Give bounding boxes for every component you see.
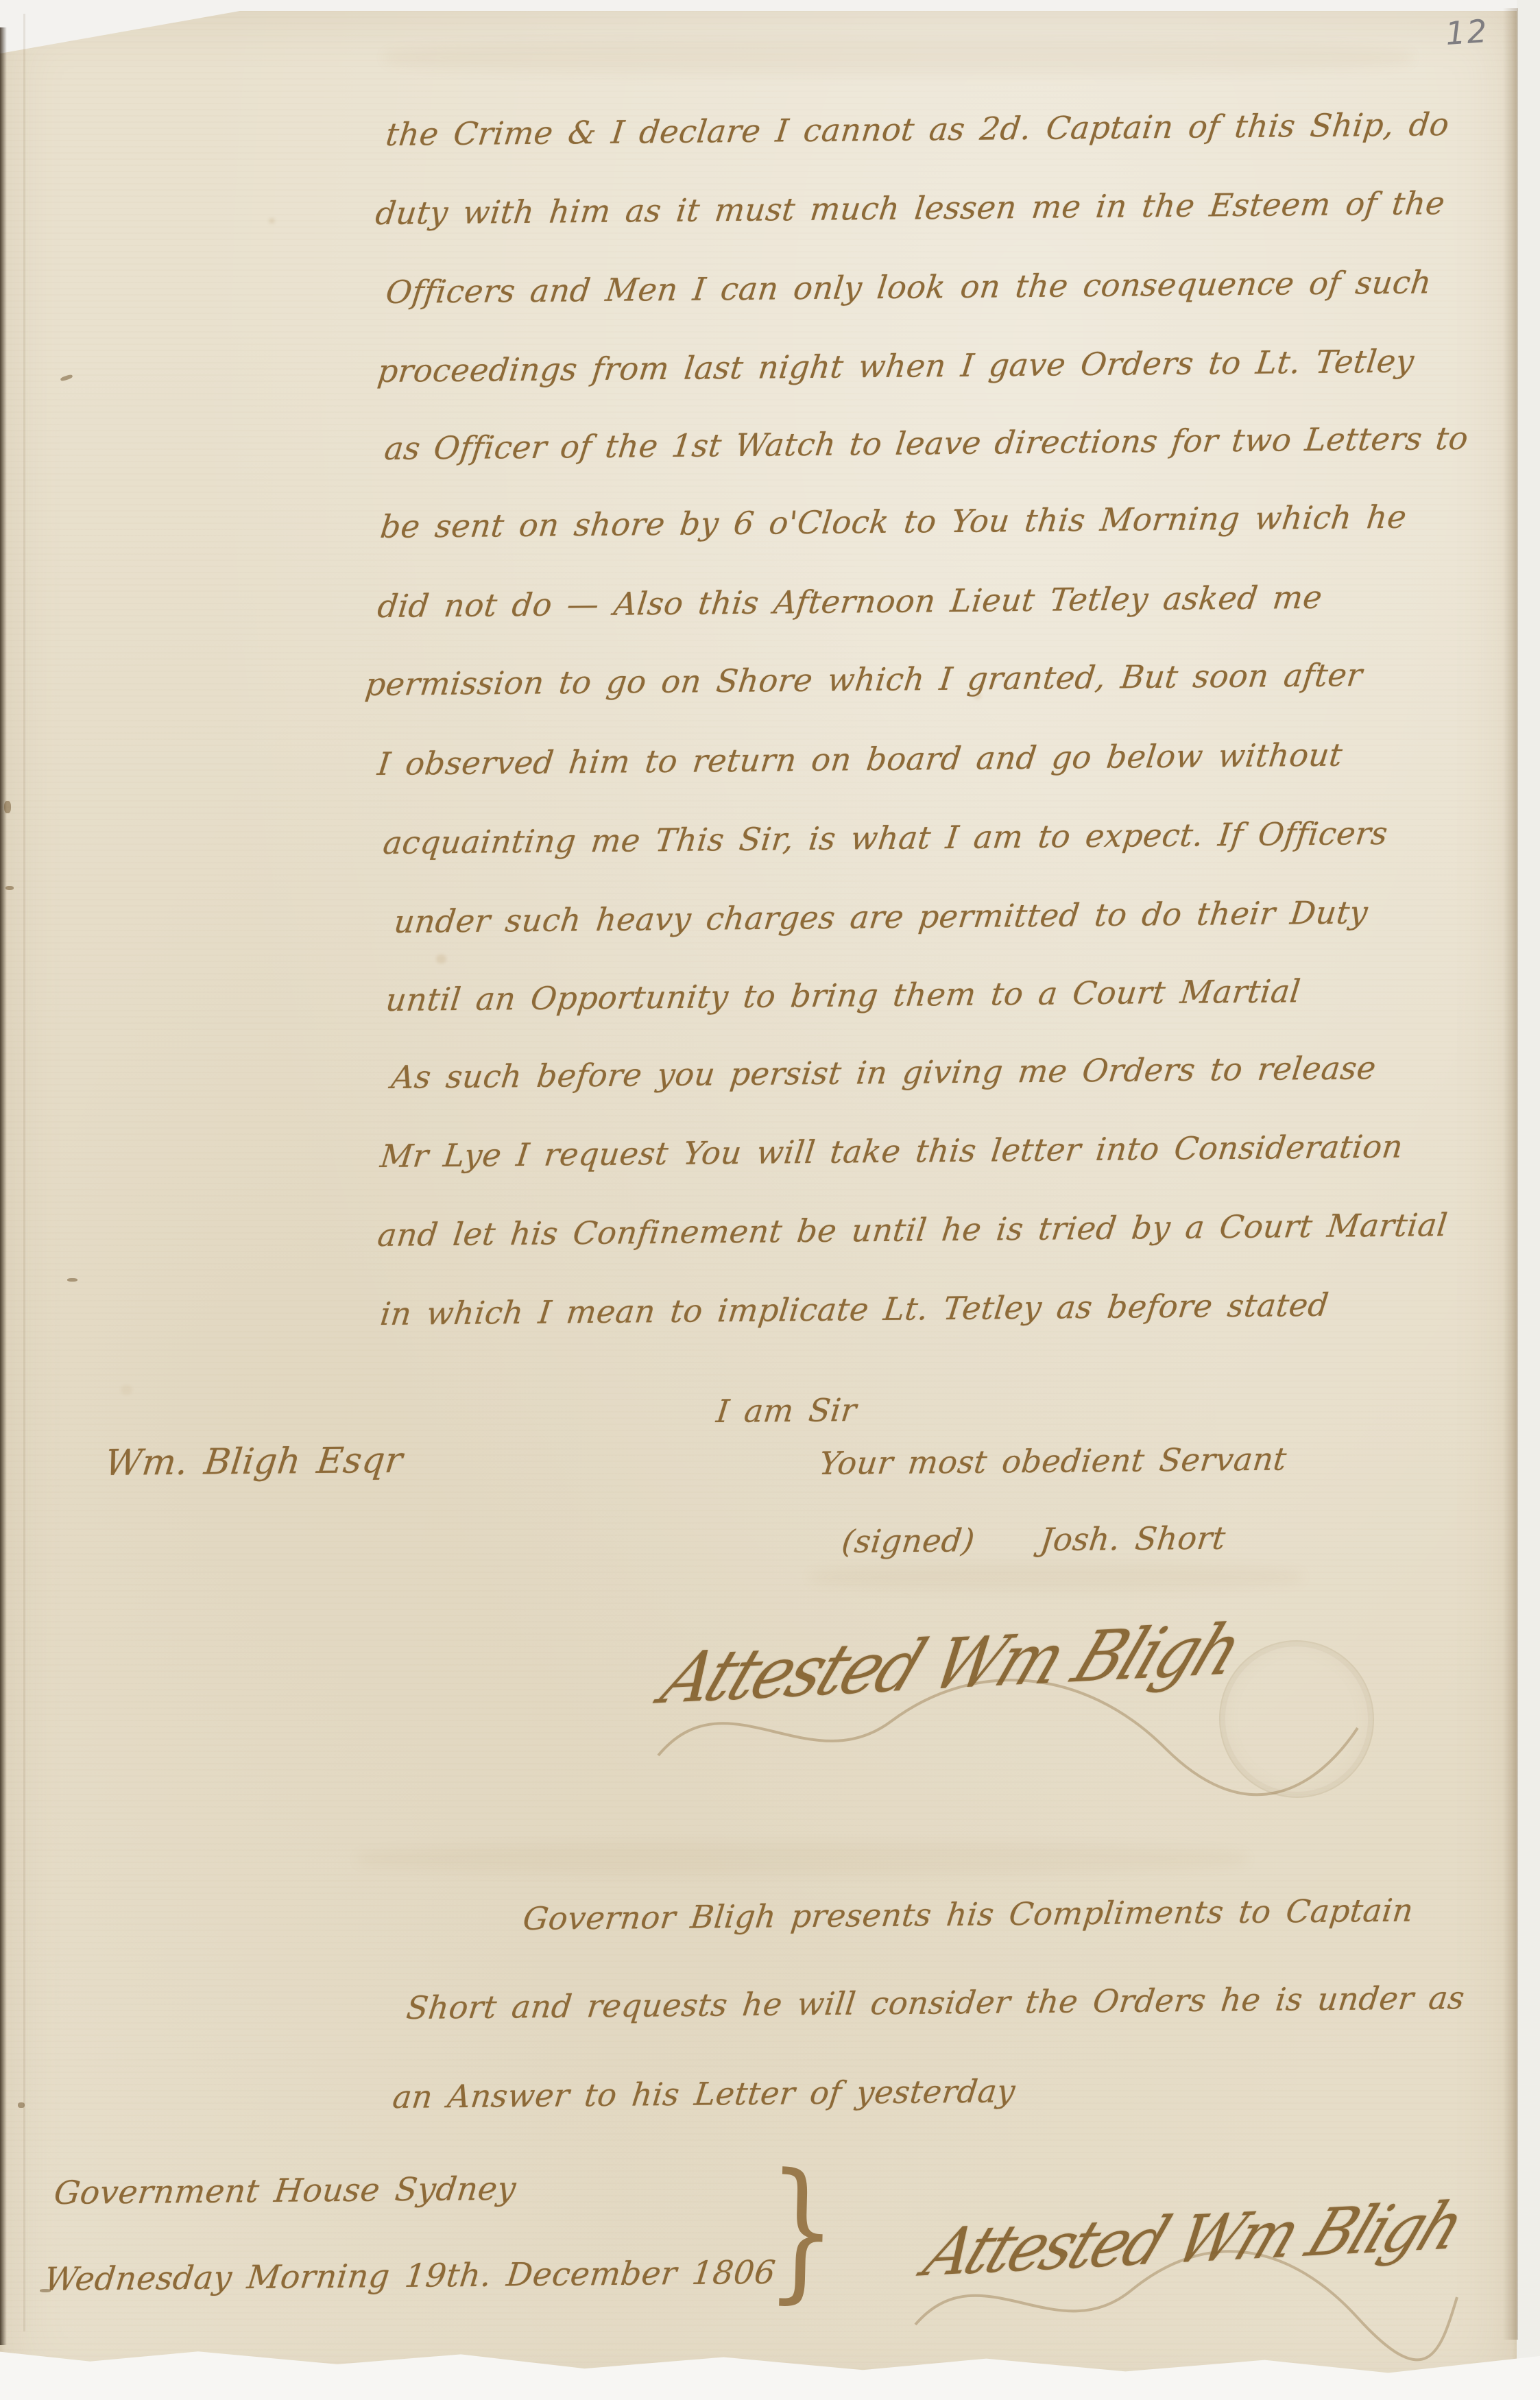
foxing-spot [269, 218, 275, 224]
foxing-spot [974, 693, 981, 699]
foxing-spot [121, 1385, 132, 1395]
signature-josh-short: Josh. Short [1039, 1520, 1228, 1559]
addressee: Wm. Bligh Esqr [103, 1441, 405, 1485]
page-edge-shadow [1503, 8, 1518, 2340]
dateline-place: Government House Sydney [52, 2171, 518, 2213]
signature-line: (signed) Josh. Short [840, 1520, 1227, 1560]
fold-crease-line [23, 14, 25, 2331]
ink-bleed-through [809, 1563, 1303, 1591]
binding-edge [0, 27, 7, 2345]
folio-page-number: 12 [1444, 15, 1489, 49]
memo-line: an Answer to his Letter of yesterday [391, 2073, 1017, 2115]
ink-speck [4, 801, 11, 813]
ink-bleed-through [357, 1843, 1248, 1875]
ink-speck [67, 1278, 77, 1282]
closing-salutation: I am Sir [714, 1392, 858, 1430]
ink-speck [18, 2102, 25, 2108]
foxing-spot [436, 955, 446, 963]
valediction: Your most obedient Servant [817, 1441, 1288, 1481]
dateline-brace: } [766, 2153, 839, 2307]
ink-bleed-through [384, 40, 1412, 75]
backing-paper-right [1517, 0, 1540, 2400]
manuscript-scan: 12 the Crime & I declare I cannot as 2d.… [0, 0, 1540, 2400]
signed-label: (signed) [840, 1522, 976, 1560]
ink-speck [5, 886, 14, 890]
ink-speck [40, 2289, 51, 2292]
dateline-date: Wednesday Morning 19th. December 1806 [43, 2255, 778, 2299]
